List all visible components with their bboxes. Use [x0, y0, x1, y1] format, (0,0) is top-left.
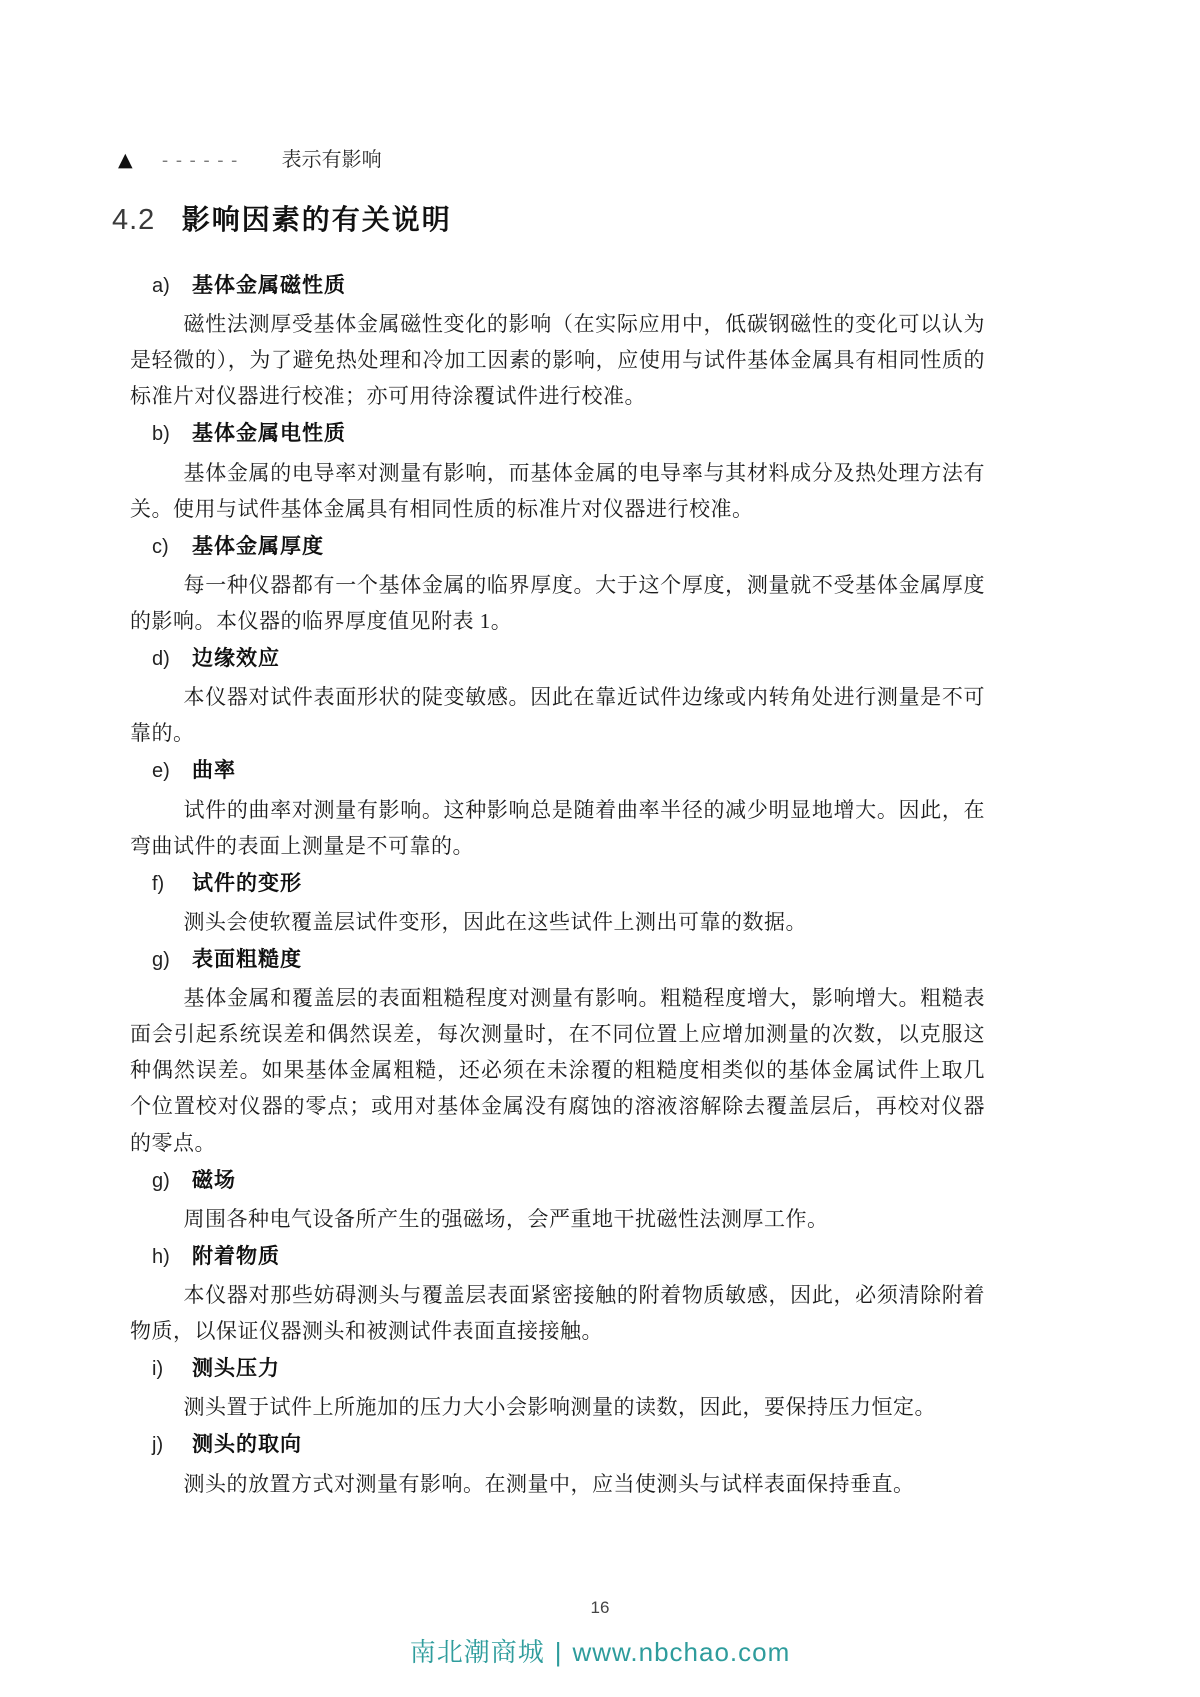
item-paragraph: 周围各种电气设备所产生的强磁场，会严重地干扰磁性法测厚工作。: [130, 1201, 985, 1237]
legend-label: 表示有影响: [282, 149, 382, 171]
item-label: a): [152, 269, 192, 303]
list-item: g)磁场周围各种电气设备所产生的强磁场，会严重地干扰磁性法测厚工作。: [130, 1163, 985, 1237]
footer-separator: |: [555, 1637, 563, 1667]
footer-watermark: 南北潮商城|www.nbchao.com: [0, 1632, 1200, 1669]
item-label: g): [152, 943, 192, 977]
item-heading: f)试件的变形: [130, 866, 985, 902]
item-title: 测头的取向: [192, 1433, 302, 1456]
item-heading: i)测头压力: [130, 1351, 985, 1387]
item-title: 曲率: [192, 759, 236, 782]
list-item: a)基体金属磁性质磁性法测厚受基体金属磁性变化的影响（在实际应用中，低碳钢磁性的…: [130, 268, 985, 414]
item-title: 基体金属电性质: [192, 422, 346, 445]
item-label: b): [152, 417, 192, 451]
item-heading: g)表面粗糙度: [130, 942, 985, 978]
item-title: 附着物质: [192, 1245, 280, 1268]
page-footer: 16 南北潮商城|www.nbchao.com: [0, 1598, 1200, 1697]
legend-dashes: ------: [160, 150, 243, 171]
item-heading: b)基体金属电性质: [130, 416, 985, 452]
list-item: d)边缘效应本仪器对试件表面形状的陡变敏感。因此在靠近试件边缘或内转角处进行测量…: [130, 641, 985, 751]
item-title: 边缘效应: [192, 647, 280, 670]
list-item: i)测头压力测头置于试件上所施加的压力大小会影响测量的读数，因此，要保持压力恒定…: [130, 1351, 985, 1425]
item-heading: d)边缘效应: [130, 641, 985, 677]
document-page: ▲ ------ 表示有影响 4.2 影响因素的有关说明 a)基体金属磁性质磁性…: [0, 0, 1200, 1697]
item-heading: e)曲率: [130, 753, 985, 789]
legend-row: ▲ ------ 表示有影响: [118, 148, 985, 172]
item-heading: h)附着物质: [130, 1239, 985, 1275]
item-paragraph: 基体金属的电导率对测量有影响，而基体金属的电导率与其材料成分及热处理方法有关。使…: [130, 455, 985, 527]
item-paragraph: 试件的曲率对测量有影响。这种影响总是随着曲率半径的减少明显地增大。因此，在弯曲试…: [130, 792, 985, 864]
item-label: c): [152, 530, 192, 564]
list-item: h)附着物质本仪器对那些妨碍测头与覆盖层表面紧密接触的附着物质敏感，因此，必须清…: [130, 1239, 985, 1349]
item-title: 试件的变形: [192, 872, 302, 895]
item-label: i): [152, 1352, 192, 1386]
item-paragraph: 磁性法测厚受基体金属磁性变化的影响（在实际应用中，低碳钢磁性的变化可以认为是轻微…: [130, 306, 985, 414]
page-number: 16: [0, 1598, 1200, 1618]
item-paragraph: 测头的放置方式对测量有影响。在测量中，应当使测头与试样表面保持垂直。: [130, 1466, 985, 1502]
list-item: f)试件的变形测头会使软覆盖层试件变形，因此在这些试件上测出可靠的数据。: [130, 866, 985, 940]
item-title: 测头压力: [192, 1357, 280, 1380]
item-title: 基体金属磁性质: [192, 274, 346, 297]
list-item: j)测头的取向测头的放置方式对测量有影响。在测量中，应当使测头与试样表面保持垂直…: [130, 1427, 985, 1501]
factor-list: a)基体金属磁性质磁性法测厚受基体金属磁性变化的影响（在实际应用中，低碳钢磁性的…: [130, 268, 985, 1502]
item-title: 表面粗糙度: [192, 948, 302, 971]
item-title: 磁场: [192, 1169, 236, 1192]
item-heading: g)磁场: [130, 1163, 985, 1199]
item-heading: a)基体金属磁性质: [130, 268, 985, 304]
section-title: 影响因素的有关说明: [182, 204, 452, 235]
list-item: c)基体金属厚度每一种仪器都有一个基体金属的临界厚度。大于这个厚度，测量就不受基…: [130, 529, 985, 639]
item-heading: c)基体金属厚度: [130, 529, 985, 565]
list-item: g)表面粗糙度基体金属和覆盖层的表面粗糙程度对测量有影响。粗糙程度增大，影响增大…: [130, 942, 985, 1161]
item-paragraph: 测头置于试件上所施加的压力大小会影响测量的读数，因此，要保持压力恒定。: [130, 1389, 985, 1425]
triangle-marker-icon: ▲: [118, 149, 133, 171]
section-number: 4.2: [112, 204, 155, 236]
list-item: b)基体金属电性质基体金属的电导率对测量有影响，而基体金属的电导率与其材料成分及…: [130, 416, 985, 526]
item-paragraph: 基体金属和覆盖层的表面粗糙程度对测量有影响。粗糙程度增大，影响增大。粗糙表面会引…: [130, 980, 985, 1161]
item-title: 基体金属厚度: [192, 535, 324, 558]
item-label: d): [152, 642, 192, 676]
item-paragraph: 本仪器对试件表面形状的陡变敏感。因此在靠近试件边缘或内转角处进行测量是不可靠的。: [130, 679, 985, 751]
item-label: g): [152, 1164, 192, 1198]
item-paragraph: 本仪器对那些妨碍测头与覆盖层表面紧密接触的附着物质敏感，因此，必须清除附着物质，…: [130, 1277, 985, 1349]
item-paragraph: 测头会使软覆盖层试件变形，因此在这些试件上测出可靠的数据。: [130, 904, 985, 940]
item-label: j): [152, 1428, 192, 1462]
footer-site-url: www.nbchao.com: [573, 1637, 791, 1667]
section-heading: 4.2 影响因素的有关说明: [112, 198, 985, 238]
footer-site-name: 南北潮商城: [410, 1637, 545, 1667]
item-label: e): [152, 754, 192, 788]
item-label: h): [152, 1240, 192, 1274]
item-heading: j)测头的取向: [130, 1427, 985, 1463]
item-paragraph: 每一种仪器都有一个基体金属的临界厚度。大于这个厚度，测量就不受基体金属厚度的影响…: [130, 567, 985, 639]
list-item: e)曲率试件的曲率对测量有影响。这种影响总是随着曲率半径的减少明显地增大。因此，…: [130, 753, 985, 863]
item-label: f): [152, 867, 192, 901]
